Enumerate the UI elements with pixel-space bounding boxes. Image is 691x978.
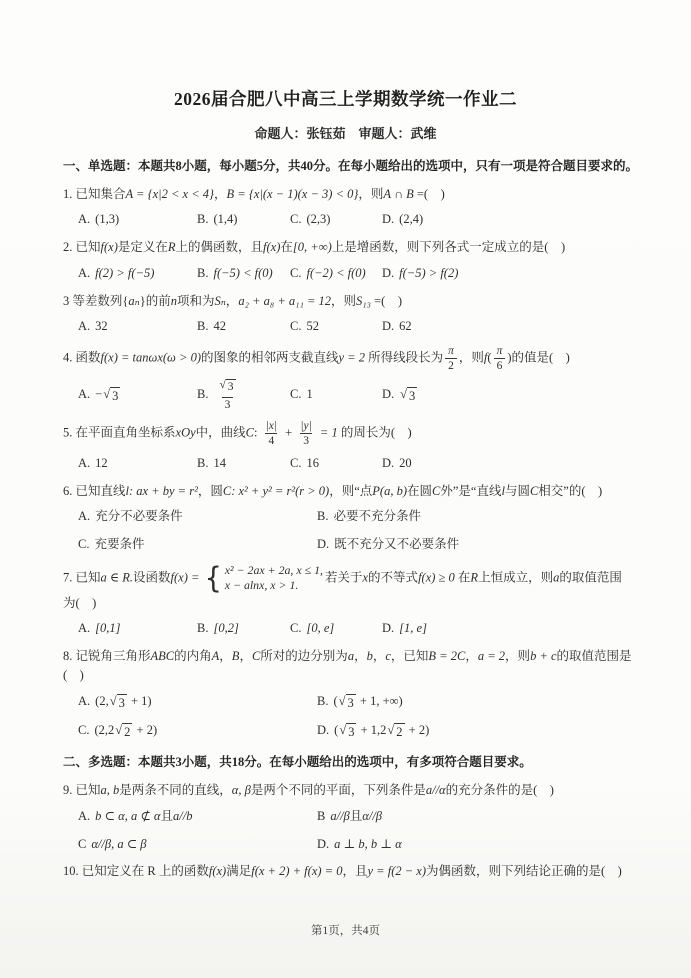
question-stem: 9. 已知a, b是两条不同的直线，α, β是两个不同的平面，下列条件是a//α… <box>63 781 643 800</box>
fraction-numerator: |y| <box>297 420 314 433</box>
math-text: |x| <box>266 420 277 432</box>
document-body: 一、单选题：本题共8小题，每小题5分，共40分。在每小题给出的选项中，只有一项是… <box>63 157 643 881</box>
plain-text: 6. 已知直线 <box>63 484 126 498</box>
plain-text: ，则“点 <box>329 484 372 498</box>
plain-text: 的周长为( ) <box>338 425 412 439</box>
fraction: π2 <box>445 345 457 372</box>
plain-text: 6 <box>497 360 503 372</box>
option-label: C. <box>78 723 89 737</box>
plain-text: 9. 已知 <box>63 783 101 797</box>
plain-text: + 1) <box>128 694 152 708</box>
radical-symbol: √ <box>339 723 346 738</box>
option: C.52 <box>290 317 382 336</box>
option-label: A. <box>78 621 90 635</box>
question-stem: 2. 已知f(x)是定义在R上的偶函数，且f(x)在[0, +∞)上是增函数，则… <box>63 238 643 257</box>
fraction-numerator: |x| <box>263 420 280 433</box>
option: C.(2,3) <box>290 210 382 229</box>
plain-text: + 1, +∞) <box>357 694 403 708</box>
option: B.(1,4) <box>197 210 290 229</box>
math-text: [0, +∞) <box>293 240 332 254</box>
math-text: π <box>497 345 503 357</box>
math-text: f(x) ≥ 0 <box>418 570 455 584</box>
radicand: 3 <box>407 387 417 405</box>
math-text: ABC <box>151 649 175 663</box>
fraction-denominator: 4 <box>265 433 277 447</box>
math-text: a ⊥ b, b ⊥ α <box>334 837 402 851</box>
section-heading: 一、单选题：本题共8小题，每小题5分，共40分。在每小题给出的选项中，只有一项是… <box>63 157 643 176</box>
plain-text: ，则 <box>505 649 530 663</box>
math-text: π <box>448 345 454 357</box>
radicand: 3 <box>117 694 127 712</box>
plain-text: ， <box>214 187 227 201</box>
plain-text: }的前 <box>140 294 171 308</box>
option: D.a ⊥ b, b ⊥ α <box>317 835 643 854</box>
option-content: (1,4) <box>213 212 237 226</box>
plain-text: 上是增函数，则下列各式一定成立的是( ) <box>332 240 565 254</box>
math-text: f(x) = <box>171 570 203 584</box>
exam-page: 2026届合肥八中高三上学期数学统一作业二 命题人：张钰茹 审题人：武维 一、单… <box>0 0 691 978</box>
fraction-denominator: 2 <box>445 358 457 372</box>
options-row: A.[0,1]B.[0,2]C.[0, e]D.[1, e] <box>63 619 643 638</box>
math-text: b ⊂ α, a ⊄ α <box>95 809 160 823</box>
option: D.[1, e] <box>382 619 643 638</box>
plain-text: (1,4) <box>213 212 237 226</box>
option: B.14 <box>197 454 290 473</box>
piecewise-function: {x² − 2ax + 2a, x ≤ 1,x − alnx, x > 1. <box>205 563 323 594</box>
plain-text: 1 <box>306 387 312 401</box>
piecewise-brace: { <box>205 563 222 593</box>
plain-text: 4. 函数 <box>63 350 101 364</box>
option-label: C. <box>290 621 301 635</box>
option: C.(2,2√2 + 2) <box>78 721 317 741</box>
plain-text: ， <box>219 649 232 663</box>
math-text: α, β <box>232 783 251 797</box>
option-label: A. <box>78 809 90 823</box>
option-label: C. <box>290 212 301 226</box>
option: D.(2,4) <box>382 210 643 229</box>
option-content: f(−5) > f(2) <box>399 266 458 280</box>
square-root: √3 <box>339 694 356 712</box>
option-content: (√3 + 1, +∞) <box>333 694 402 708</box>
option-content: (√3 + 1,2√2 + 2) <box>334 723 429 737</box>
math-text: f(x) <box>263 240 280 254</box>
plain-text: + 2) <box>406 723 430 737</box>
plain-text: (2,2 <box>94 723 114 737</box>
option: Ba//β且α//β <box>317 807 643 826</box>
plain-text: (2,4) <box>399 212 423 226</box>
plain-text: 外”是“直线 <box>440 484 501 498</box>
question: 2. 已知f(x)是定义在R上的偶函数，且f(x)在[0, +∞)上是增函数，则… <box>63 238 643 283</box>
option: B.必要不充分条件 <box>317 507 643 526</box>
option-label: D. <box>317 723 329 737</box>
plain-text: + 1,2 <box>357 723 386 737</box>
math-text: |y| <box>300 420 311 432</box>
square-root: √3 <box>400 387 417 405</box>
option-label: B <box>317 809 325 823</box>
plain-text: ( <box>487 350 491 364</box>
option-label: A. <box>78 212 90 226</box>
plain-text: (1,3) <box>95 212 119 226</box>
options-row: A.(1,3)B.(1,4)C.(2,3)D.(2,4) <box>63 210 643 229</box>
fraction: π6 <box>494 345 506 372</box>
plain-text: 10. 已知定义在 R 上的函数 <box>63 864 209 878</box>
question-stem: 8. 记锐角三角形ABC的内角A，B，C所对的边分别为a，b，c，已知B = 2… <box>63 647 643 685</box>
math-text: a₂ + a₈ + a₁₁ = 12 <box>238 294 331 308</box>
radical-symbol: √ <box>339 694 346 709</box>
option-content: a ⊥ b, b ⊥ α <box>334 837 402 851</box>
math-text: b + c <box>530 649 556 663</box>
plain-text: ， <box>465 649 478 663</box>
option-content: 1 <box>306 387 312 401</box>
option-content: [0,1] <box>95 621 120 635</box>
option-label: A. <box>78 387 90 401</box>
option-label: B. <box>197 319 208 333</box>
question-stem: 4. 函数f(x) = tanωx(ω > 0)的图象的相邻两支截直线y = 2… <box>63 345 643 372</box>
radical-symbol: √ <box>400 387 407 402</box>
plain-text: 在圆 <box>407 484 432 498</box>
plain-text: ，则 <box>331 294 356 308</box>
plain-text: 项和为 <box>177 294 215 308</box>
math-text: a//b <box>173 809 192 823</box>
radicand: 3 <box>110 387 120 405</box>
plain-text: (2,3) <box>306 212 330 226</box>
option-label: C. <box>290 319 301 333</box>
option-content: (2,4) <box>399 212 423 226</box>
option-content: [0, e] <box>306 621 334 635</box>
option-content: √3 <box>399 387 418 401</box>
math-text: R <box>168 240 176 254</box>
plain-text: 2 <box>448 360 454 372</box>
option: A.32 <box>78 317 197 336</box>
plain-text: 是定义在 <box>118 240 168 254</box>
option: D.√3 <box>382 385 643 405</box>
option-label: D. <box>382 456 394 470</box>
question: 8. 记锐角三角形ABC的内角A，B，C所对的边分别为a，b，c，已知B = 2… <box>63 647 643 740</box>
piecewise-row: x² − 2ax + 2a, x ≤ 1, <box>225 563 323 578</box>
plain-text: 相交”的( ) <box>538 484 602 498</box>
byline: 命题人：张钰茹 审题人：武维 <box>0 124 691 144</box>
math-text: a//β <box>330 809 349 823</box>
plain-text: + <box>282 425 295 439</box>
fraction: √33 <box>215 379 239 411</box>
question-stem: 1. 已知集合A = {x|2 < x < 4}，B = {x|(x − 1)(… <box>63 185 643 204</box>
option-label: B. <box>197 387 208 401</box>
option-content: b ⊂ α, a ⊄ α且a//b <box>95 809 192 823</box>
plain-text: 充要条件 <box>94 537 144 551</box>
option: B.√33 <box>197 379 290 411</box>
plain-text: 16 <box>306 456 319 470</box>
plain-text: 42 <box>213 319 226 333</box>
question-stem: 7. 已知a ∈ R.设函数f(x) = {x² − 2ax + 2a, x ≤… <box>63 563 643 613</box>
option: Cα//β, a ⊂ β <box>78 835 317 854</box>
option-label: D. <box>317 537 329 551</box>
option-content: 62 <box>399 319 412 333</box>
piecewise-row: x − alnx, x > 1. <box>225 578 323 593</box>
option-content: 16 <box>306 456 319 470</box>
math-text: y = f(2 − x) <box>367 864 426 878</box>
fraction-numerator: π <box>445 345 457 358</box>
piecewise-rows: x² − 2ax + 2a, x ≤ 1,x − alnx, x > 1. <box>225 563 323 594</box>
plain-text: 32 <box>95 319 108 333</box>
question: 1. 已知集合A = {x|2 < x < 4}，B = {x|(x − 1)(… <box>63 185 643 230</box>
math-text: a, b <box>101 783 120 797</box>
option-label: A. <box>78 509 90 523</box>
math-text: = 1 <box>317 425 338 439</box>
option: B.[0,2] <box>197 619 290 638</box>
math-text: C <box>246 425 254 439</box>
plain-text: ( <box>334 723 338 737</box>
square-root: √3 <box>219 379 235 396</box>
plain-text: 在 <box>455 570 471 584</box>
plain-text: 62 <box>399 319 412 333</box>
math-text: y = 2 <box>339 350 365 364</box>
fraction-denominator: 3 <box>222 397 234 411</box>
option: D.(√3 + 1,2√2 + 2) <box>317 721 643 741</box>
fraction-numerator: π <box>494 345 506 358</box>
math-text: a = 2 <box>478 649 505 663</box>
page-footer: 第1页，共4页 <box>0 923 691 940</box>
option-label: D. <box>382 212 394 226</box>
plain-text: ， <box>373 649 386 663</box>
plain-text: ，则 <box>459 350 484 364</box>
option-content: (2,3) <box>306 212 330 226</box>
plain-text: 所得线段长为 <box>365 350 443 364</box>
fraction: |x|4 <box>263 420 280 447</box>
plain-text: 为( ) <box>63 596 96 610</box>
radicand: 2 <box>122 723 132 741</box>
plain-text: =( ) <box>371 294 402 308</box>
option-label: B. <box>317 509 328 523</box>
fraction-numerator: √3 <box>215 379 239 397</box>
plain-text: 1. 已知集合 <box>63 187 126 201</box>
radical-symbol: √ <box>387 723 394 738</box>
option: A.f(2) > f(−5) <box>78 264 197 283</box>
plain-text: 且 <box>160 809 173 823</box>
math-text: B = 2C <box>428 649 465 663</box>
math-text: f(−5) < f(0) <box>213 266 272 280</box>
plain-text: 上恒成立，则 <box>478 570 553 584</box>
option-content: 32 <box>95 319 108 333</box>
option-content: −√3 <box>95 387 121 401</box>
plain-text: 的取值范围 <box>559 570 622 584</box>
plain-text: 14 <box>213 456 226 470</box>
option-label: B. <box>317 694 328 708</box>
math-text: R <box>470 570 478 584</box>
radicand: 3 <box>226 379 236 396</box>
option-label: D. <box>382 621 394 635</box>
math-text: a ∈ R. <box>101 570 134 584</box>
fraction-denominator: 3 <box>300 433 312 447</box>
page-title: 2026届合肥八中高三上学期数学统一作业二 <box>20 86 671 112</box>
math-text: a//α <box>426 783 446 797</box>
question-stem: 3 等差数列{aₙ}的前n项和为Sₙ，a₂ + a₈ + a₁₁ = 12，则S… <box>63 292 643 311</box>
math-text: α//β <box>362 809 382 823</box>
question: 3 等差数列{aₙ}的前n项和为Sₙ，a₂ + a₈ + a₁₁ = 12，则S… <box>63 292 643 337</box>
option-content: (1,3) <box>95 212 119 226</box>
math-text: [1, e] <box>399 621 427 635</box>
question: 4. 函数f(x) = tanωx(ω > 0)的图象的相邻两支截直线y = 2… <box>63 345 643 411</box>
option: A.(1,3) <box>78 210 197 229</box>
math-text: C: x² + y² = r²(r > 0) <box>223 484 329 498</box>
plain-text: − <box>95 387 102 401</box>
option-content: 既不充分又不必要条件 <box>334 537 459 551</box>
plain-text: 的图象的相邻两支截直线 <box>201 350 339 364</box>
section-heading: 二、多选题：本题共3小题，共18分。在每小题给出的选项中，有多项符合题目要求。 <box>63 753 643 772</box>
radicand: 2 <box>394 723 404 741</box>
square-root: √3 <box>339 723 356 741</box>
question: 9. 已知a, b是两条不同的直线，α, β是两个不同的平面，下列条件是a//α… <box>63 781 643 853</box>
option: D.62 <box>382 317 643 336</box>
plain-text: 52 <box>306 319 319 333</box>
option-content: 12 <box>95 456 108 470</box>
option-content: 52 <box>306 319 319 333</box>
option-label: C. <box>290 266 301 280</box>
option: C.充要条件 <box>78 535 317 554</box>
plain-text: : <box>254 425 261 439</box>
plain-text: 满足 <box>226 864 251 878</box>
option: A.b ⊂ α, a ⊄ α且a//b <box>78 807 317 826</box>
option-content: 必要不充分条件 <box>333 509 421 523</box>
option: A.[0,1] <box>78 619 197 638</box>
options-row: A.充分不必要条件B.必要不充分条件C.充要条件D.既不充分又不必要条件 <box>63 507 643 554</box>
plain-text: 若关于 <box>325 570 363 584</box>
option-content: √33 <box>213 387 241 401</box>
option-label: C. <box>78 537 89 551</box>
plain-text: 的充分条件的是( ) <box>446 783 554 797</box>
plain-text: 12 <box>95 456 108 470</box>
option-label: A. <box>78 456 90 470</box>
plain-text: 既不充分又不必要条件 <box>334 537 459 551</box>
radical-symbol: √ <box>110 694 117 709</box>
plain-text: ，圆 <box>198 484 223 498</box>
option-label: B. <box>197 621 208 635</box>
fraction: |y|3 <box>297 420 314 447</box>
math-text: [0,2] <box>213 621 238 635</box>
math-text: A = {x|2 < x < 4} <box>126 187 215 201</box>
question-stem: 10. 已知定义在 R 上的函数f(x)满足f(x + 2) + f(x) = … <box>63 862 643 881</box>
option-label: A. <box>78 694 90 708</box>
option-label: C <box>78 837 86 851</box>
option-content: (2,2√2 + 2) <box>94 723 157 737</box>
plain-text: 是两个不同的平面，下列条件是 <box>251 783 426 797</box>
plain-text: )的值是( ) <box>507 350 570 364</box>
math-text: f(x) <box>101 240 118 254</box>
math-text: Sₙ <box>214 294 225 308</box>
option: D.既不充分又不必要条件 <box>317 535 643 554</box>
math-text: S₁₃ <box>356 294 371 308</box>
square-root: √2 <box>387 723 404 741</box>
plain-text: 且 <box>350 809 363 823</box>
option-label: A. <box>78 319 90 333</box>
plain-text: 7. 已知 <box>63 570 101 584</box>
question-stem: 5. 在平面直角坐标系xOy中，曲线C: |x|4 + |y|3 = 1 的周长… <box>63 420 643 447</box>
options-row: A.f(2) > f(−5)B.f(−5) < f(0)C.f(−2) < f(… <box>63 264 643 283</box>
option-content: a//β且α//β <box>330 809 382 823</box>
plain-text: 是两条不同的直线， <box>119 783 232 797</box>
option-content: α//β, a ⊂ β <box>91 837 146 851</box>
plain-text: 设函数 <box>133 570 171 584</box>
option-content: f(2) > f(−5) <box>95 266 154 280</box>
option: D.f(−5) > f(2) <box>382 264 643 283</box>
option-label: D. <box>382 266 394 280</box>
option-content: 14 <box>213 456 226 470</box>
option-content: f(−5) < f(0) <box>213 266 272 280</box>
plain-text: 必要不充分条件 <box>333 509 421 523</box>
radicand: 3 <box>346 723 356 741</box>
math-text: f(x) <box>209 864 226 878</box>
math-text: B = {x|(x − 1)(x − 3) < 0} <box>227 187 359 201</box>
question: 5. 在平面直角坐标系xOy中，曲线C: |x|4 + |y|3 = 1 的周长… <box>63 420 643 473</box>
options-row: A.b ⊂ α, a ⊄ α且a//bBa//β且α//βCα//β, a ⊂ … <box>63 807 643 854</box>
plain-text: 为偶函数，则下列结论正确的是( ) <box>426 864 622 878</box>
math-text: f(−2) < f(0) <box>306 266 365 280</box>
math-text: [0,1] <box>95 621 120 635</box>
question: 6. 已知直线l: ax + by = r²，圆C: x² + y² = r²(… <box>63 482 643 554</box>
options-row: A.32B.42C.52D.62 <box>63 317 643 336</box>
option: A.(2,√3 + 1) <box>78 692 317 712</box>
option: D.20 <box>382 454 643 473</box>
plain-text: ， <box>354 649 367 663</box>
math-text: A ∩ B <box>383 187 413 201</box>
plain-text: 所对的边分别为 <box>260 649 348 663</box>
plain-text: 的内角 <box>174 649 212 663</box>
plain-text: ，已知 <box>391 649 429 663</box>
radical-symbol: √ <box>103 387 110 402</box>
square-root: √2 <box>115 723 132 741</box>
plain-text: 与圆 <box>505 484 530 498</box>
option: A.充分不必要条件 <box>78 507 317 526</box>
plain-text: 上的偶函数，且 <box>176 240 264 254</box>
math-text: xOy <box>176 425 196 439</box>
plain-text: 充分不必要条件 <box>95 509 183 523</box>
plain-text: 4 <box>268 435 274 447</box>
option: A.−√3 <box>78 385 197 405</box>
option-content: 42 <box>213 319 226 333</box>
options-row: A.−√3B.√33C.1D.√3 <box>63 379 643 411</box>
option: B.f(−5) < f(0) <box>197 264 290 283</box>
math-text: f(2) > f(−5) <box>95 266 154 280</box>
plain-text: 3 <box>225 399 231 411</box>
option: C.[0, e] <box>290 619 382 638</box>
option-label: B. <box>197 456 208 470</box>
plain-text: 8. 记锐角三角形 <box>63 649 151 663</box>
options-row: A.(2,√3 + 1)B.(√3 + 1, +∞)C.(2,2√2 + 2)D… <box>63 692 643 741</box>
question: 10. 已知定义在 R 上的函数f(x)满足f(x + 2) + f(x) = … <box>63 862 643 881</box>
plain-text: 在 <box>280 240 293 254</box>
plain-text: 5. 在平面直角坐标系 <box>63 425 176 439</box>
option-label: B. <box>197 266 208 280</box>
plain-text: + 2) <box>133 723 157 737</box>
plain-text: 20 <box>399 456 412 470</box>
plain-text: 中，曲线 <box>196 425 246 439</box>
option-label: C. <box>290 456 301 470</box>
math-text: P(a, b) <box>372 484 407 498</box>
plain-text: 3 <box>303 435 309 447</box>
square-root: √3 <box>110 694 127 712</box>
plain-text: 3 等差数列{ <box>63 294 128 308</box>
option-label: B. <box>197 212 208 226</box>
option-label: A. <box>78 266 90 280</box>
option-content: [1, e] <box>399 621 427 635</box>
math-text: f(x) = tanωx(ω > 0) <box>101 350 201 364</box>
plain-text: 2. 已知 <box>63 240 101 254</box>
question-stem: 6. 已知直线l: ax + by = r²，圆C: x² + y² = r²(… <box>63 482 643 501</box>
option-label: C. <box>290 387 301 401</box>
fraction-denominator: 6 <box>494 358 506 372</box>
options-row: A.12B.14C.16D.20 <box>63 454 643 473</box>
plain-text: =( ) <box>414 187 445 201</box>
radicand: 3 <box>346 694 356 712</box>
